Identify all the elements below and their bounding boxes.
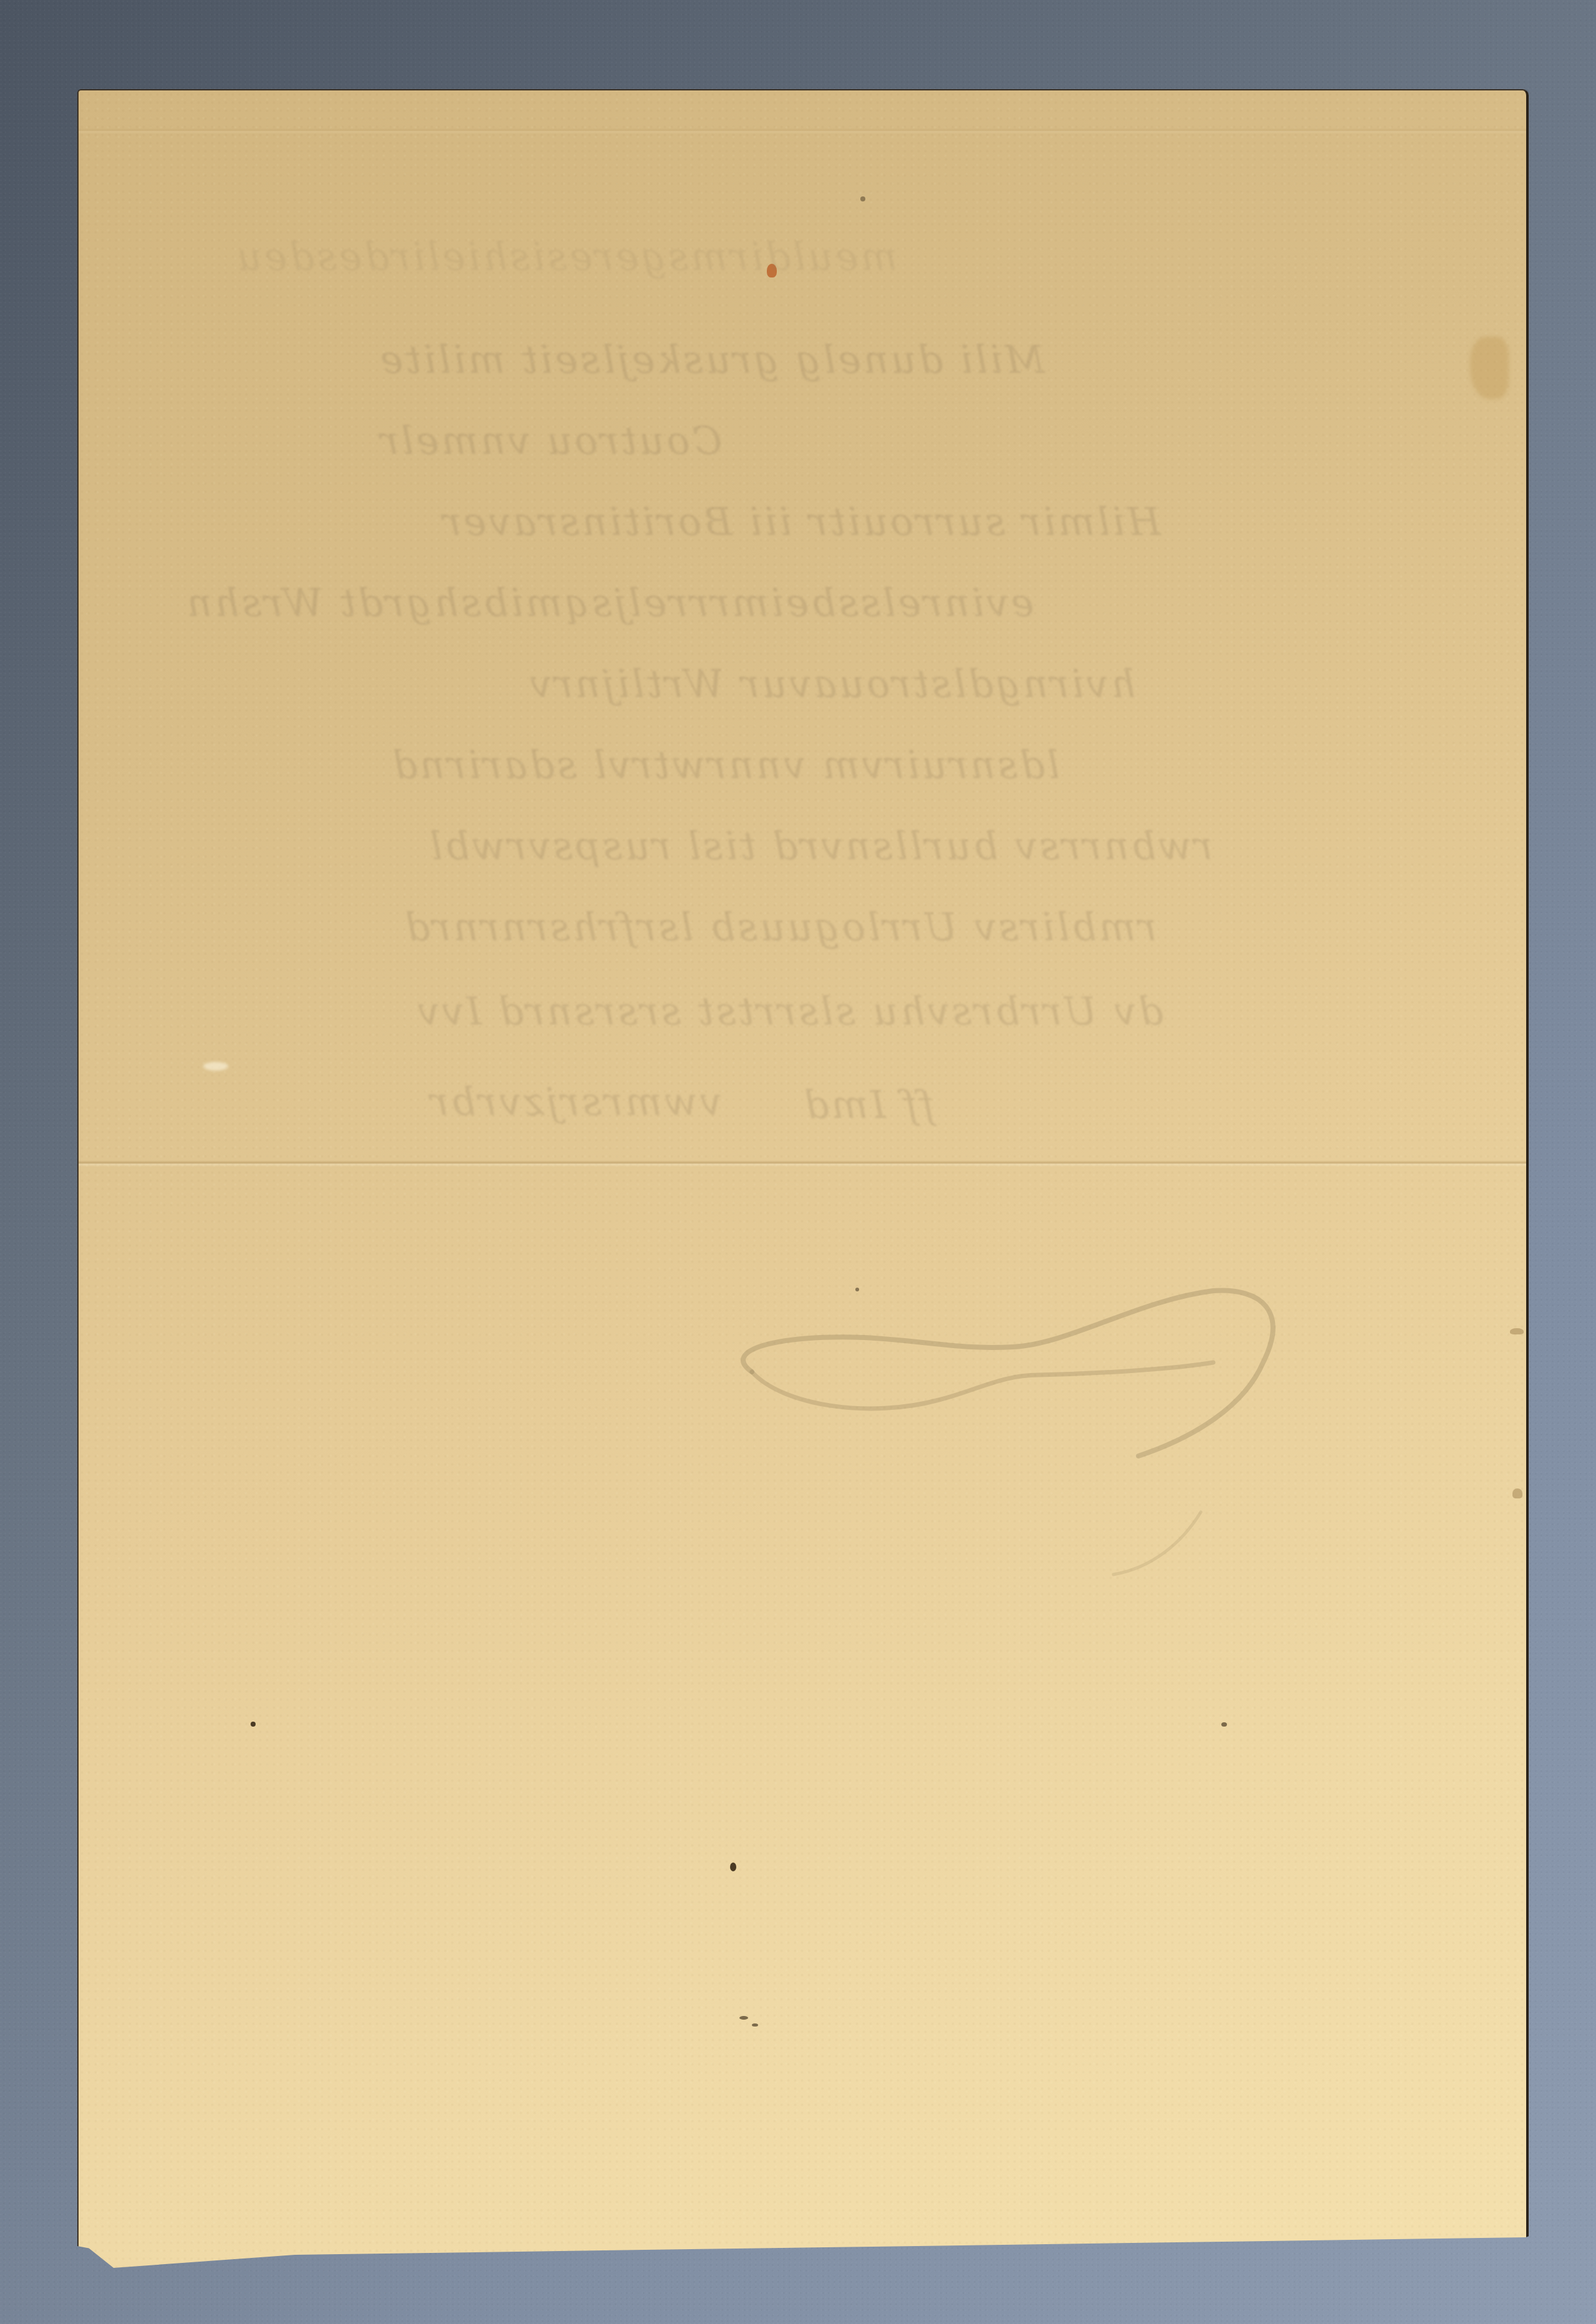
debris-speck xyxy=(730,1863,736,1871)
paper-grain-texture xyxy=(79,90,1526,2268)
edge-tear xyxy=(1512,1488,1522,1498)
upper-crease xyxy=(79,128,1526,134)
debris-speck xyxy=(1221,1722,1227,1727)
debris-speck xyxy=(752,2023,758,2027)
letter-sheet: meuldirmsgeresishielirdesdeu Mili dunelg… xyxy=(77,89,1529,2268)
debris-speck xyxy=(251,1722,256,1727)
fold-crease xyxy=(79,1160,1526,1167)
debris-speck xyxy=(739,2016,748,2020)
foxing-spot xyxy=(767,264,777,277)
edge-tear xyxy=(1510,1328,1524,1334)
debris-speck xyxy=(860,196,865,201)
debris-speck xyxy=(855,1288,859,1291)
edge-water-stain xyxy=(1470,337,1509,399)
left-edge-light-spot xyxy=(203,1062,228,1071)
signature-flourish xyxy=(665,1275,1413,1624)
